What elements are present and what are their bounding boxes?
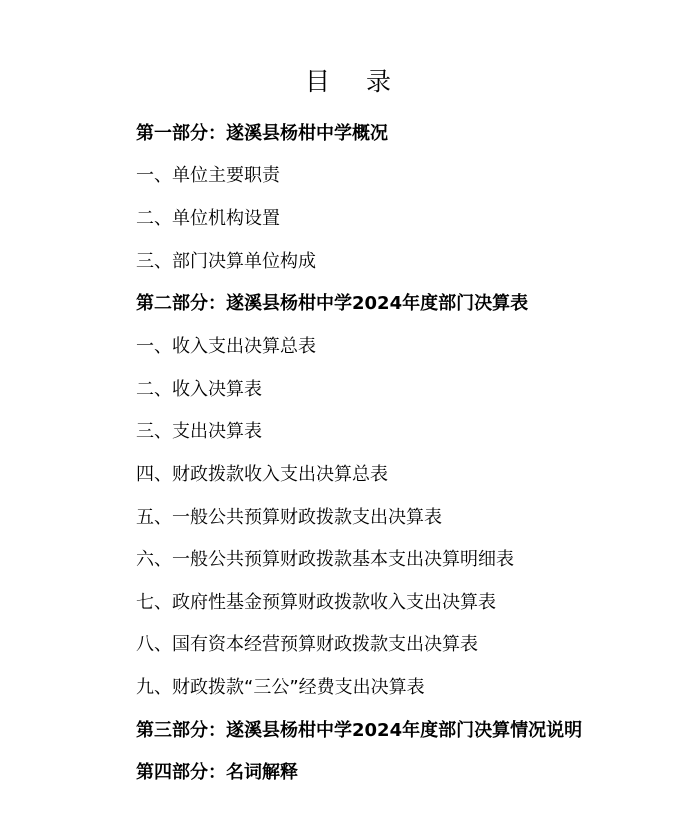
toc-item: 五、一般公共预算财政拨款支出决算表 [136, 506, 442, 530]
toc-part-1: 第一部分：遂溪县杨柑中学概况 [136, 122, 388, 146]
toc-item: 八、国有资本经营预算财政拨款支出决算表 [136, 633, 478, 657]
toc-item: 三、支出决算表 [136, 420, 262, 444]
toc-part-4: 第四部分：名词解释 [136, 761, 298, 785]
toc-part-2: 第二部分：遂溪县杨柑中学2024年度部门决算表 [136, 292, 528, 316]
toc-item: 三、部门决算单位构成 [136, 250, 316, 274]
toc-item: 一、收入支出决算总表 [136, 335, 316, 359]
toc-item: 六、一般公共预算财政拨款基本支出决算明细表 [136, 548, 514, 572]
page-title: 目 录 [0, 62, 696, 98]
toc-item: 二、单位机构设置 [136, 207, 280, 231]
toc-item: 一、单位主要职责 [136, 164, 280, 188]
toc-item: 四、财政拨款收入支出决算总表 [136, 463, 388, 487]
toc-item: 二、收入决算表 [136, 378, 262, 402]
toc-part-3: 第三部分：遂溪县杨柑中学2024年度部门决算情况说明 [136, 719, 582, 743]
toc-item: 九、财政拨款“三公”经费支出决算表 [136, 676, 425, 700]
toc-item: 七、政府性基金预算财政拨款收入支出决算表 [136, 591, 496, 615]
